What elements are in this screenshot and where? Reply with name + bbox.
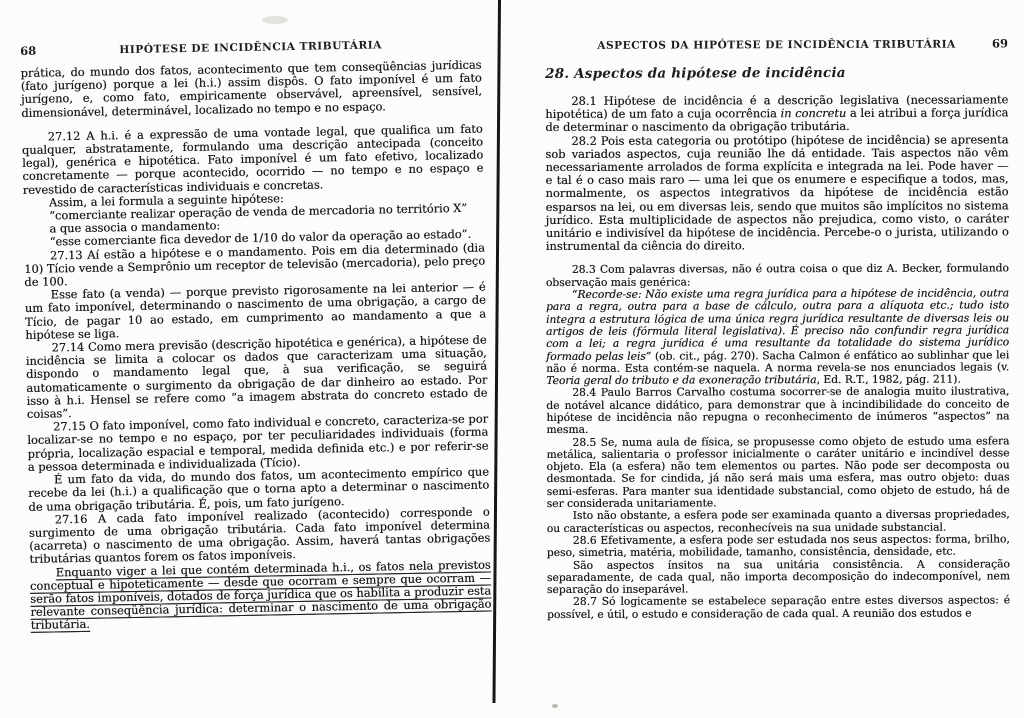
paragraph: 28.6 Efetivamente, a esfera pode ser est… (547, 533, 1010, 559)
left-head-spacer (435, 47, 481, 48)
page-gutter-line (492, 0, 500, 703)
text-segment: Enquanto viger a lei que contém determin… (30, 557, 492, 632)
text-segment: 27.12 A h.i. é a expressão de uma vontad… (22, 121, 484, 196)
section-heading: 28. Aspectos da hipótese de incidência (545, 64, 1008, 82)
paragraph: 28.1 Hipótese de incidência é a descriçã… (545, 93, 1008, 134)
text-segment: 27.15 O fato imponível, como fato indivi… (27, 412, 488, 474)
text-segment: 28.7 Só logicamente se estabelece separa… (547, 594, 1010, 621)
paragraph: 28.7 Só logicamente se estabelece separa… (547, 595, 1010, 621)
text-segment: São aspectos ínsitos na sua unitária con… (547, 557, 1010, 596)
paragraph: 28.5 Se, numa aula de física, se propuse… (546, 435, 1009, 510)
paragraph: Esse fato (a venda) — porque previsto ri… (24, 281, 486, 342)
paragraph: Enquanto viger a lei que contém determin… (30, 558, 492, 632)
left-running-title: HIPÓTESE DE INCIDÊNCIA TRIBUTÁRIA (66, 38, 435, 57)
paragraph: 27.12 A h.i. é a expressão de uma vontad… (22, 122, 484, 196)
text-segment: prática, do mundo dos fatos, acontecimen… (20, 58, 482, 120)
paragraph: 28.2 Pois esta categoria ou protótipo (h… (545, 133, 1008, 253)
paragraph: prática, do mundo dos fatos, acontecimen… (20, 59, 482, 120)
paragraph: “Recorde-se: Não existe uma regra jurídi… (546, 287, 1009, 387)
paragraph: 28.4 Paulo Barros Carvalho costuma socor… (546, 386, 1009, 437)
text-segment: 28.6 Efetivamente, a esfera pode ser est… (547, 532, 1010, 559)
text-segment: 28.5 Se, numa aula de física, se propuse… (546, 434, 1009, 510)
right-page: ASPECTOS DA HIPÓTESE DE INCIDÊNCIA TRIBU… (545, 36, 1010, 621)
text-segment: Esse fato (a venda) — porque previsto ri… (25, 280, 486, 342)
text-segment: 27.14 Como mera previsão (descrição hipo… (26, 333, 488, 421)
scan-speck (552, 704, 558, 708)
left-page-body: prática, do mundo dos fatos, acontecimen… (20, 59, 491, 633)
text-segment: 27.16 A cada fato imponível realizado (a… (29, 504, 490, 566)
book-spread: 68 HIPÓTESE DE INCIDÊNCIA TRIBUTÁRIA prá… (0, 0, 1024, 718)
text-segment: in concretu (780, 106, 846, 120)
left-running-head: 68 HIPÓTESE DE INCIDÊNCIA TRIBUTÁRIA (20, 36, 481, 58)
text-segment: 28.4 Paulo Barros Carvalho costuma socor… (546, 385, 1009, 437)
right-running-title: ASPECTOS DA HIPÓTESE DE INCIDÊNCIA TRIBU… (591, 39, 962, 52)
text-segment: Isto não obstante, a esfera pode ser exa… (547, 508, 1010, 535)
paragraph: 28.3 Com palavras diversas, não é outra … (546, 263, 1009, 289)
scan-smudge (262, 16, 288, 24)
left-page: 68 HIPÓTESE DE INCIDÊNCIA TRIBUTÁRIA prá… (20, 36, 492, 633)
text-segment: 28.3 Com palavras diversas, não é outra … (546, 262, 1009, 289)
paragraph: 27.14 Como mera previsão (descrição hipo… (25, 334, 487, 422)
right-page-body: 28.1 Hipótese de incidência é a descriçã… (545, 93, 1010, 621)
right-running-head: ASPECTOS DA HIPÓTESE DE INCIDÊNCIA TRIBU… (545, 36, 1008, 52)
right-page-number: 69 (962, 36, 1008, 50)
paragraph: São aspectos ínsitos na sua unitária con… (547, 558, 1010, 597)
paragraph: Isto não obstante, a esfera pode ser exa… (547, 509, 1010, 535)
text-segment: 28.2 Pois esta categoria ou protótipo (h… (545, 132, 1008, 253)
left-page-number: 68 (20, 43, 66, 58)
